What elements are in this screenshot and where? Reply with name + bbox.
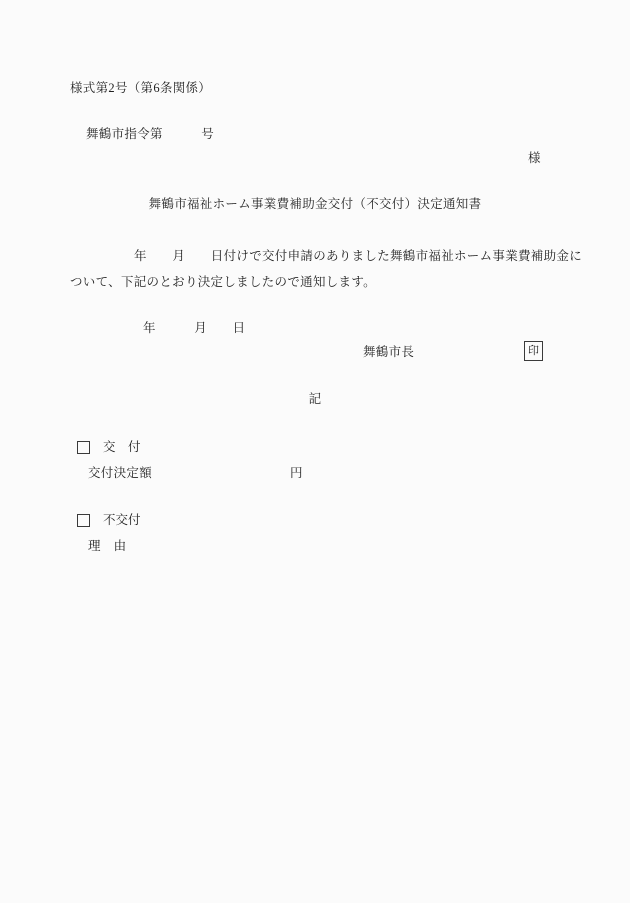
grant-checkbox-icon [77, 441, 90, 454]
no-grant-reason-label: 理 由 [88, 538, 126, 554]
recipient-suffix: 様 [528, 150, 541, 166]
seal-mark: 印 [524, 341, 543, 361]
issuer-title: 舞鶴市長 [363, 344, 414, 360]
grant-checkbox-label: 交 付 [103, 439, 141, 455]
grant-checkbox-row: 交 付 [77, 439, 141, 455]
date-line: 年 月 日 [143, 320, 245, 336]
directive-number-line: 舞鶴市指令第 号 [86, 126, 214, 142]
body-paragraph-line2: ついて、下記のとおり決定しましたので通知します。 [70, 274, 376, 290]
no-grant-checkbox-icon [77, 514, 90, 527]
document-page: 様式第2号（第6条関係） 舞鶴市指令第 号 様 舞鶴市福祉ホーム事業費補助金交付… [0, 0, 630, 903]
grant-amount-label: 交付決定額 [88, 465, 152, 481]
form-number: 様式第2号（第6条関係） [70, 80, 211, 96]
record-marker: 記 [0, 391, 630, 407]
no-grant-checkbox-row: 不交付 [77, 512, 141, 528]
body-paragraph-line1: 年 月 日付けで交付申請のありました舞鶴市福祉ホーム事業費補助金に [134, 248, 582, 264]
document-title: 舞鶴市福祉ホーム事業費補助金交付（不交付）決定通知書 [0, 196, 630, 212]
grant-amount-unit: 円 [290, 465, 303, 481]
no-grant-checkbox-label: 不交付 [103, 512, 141, 528]
